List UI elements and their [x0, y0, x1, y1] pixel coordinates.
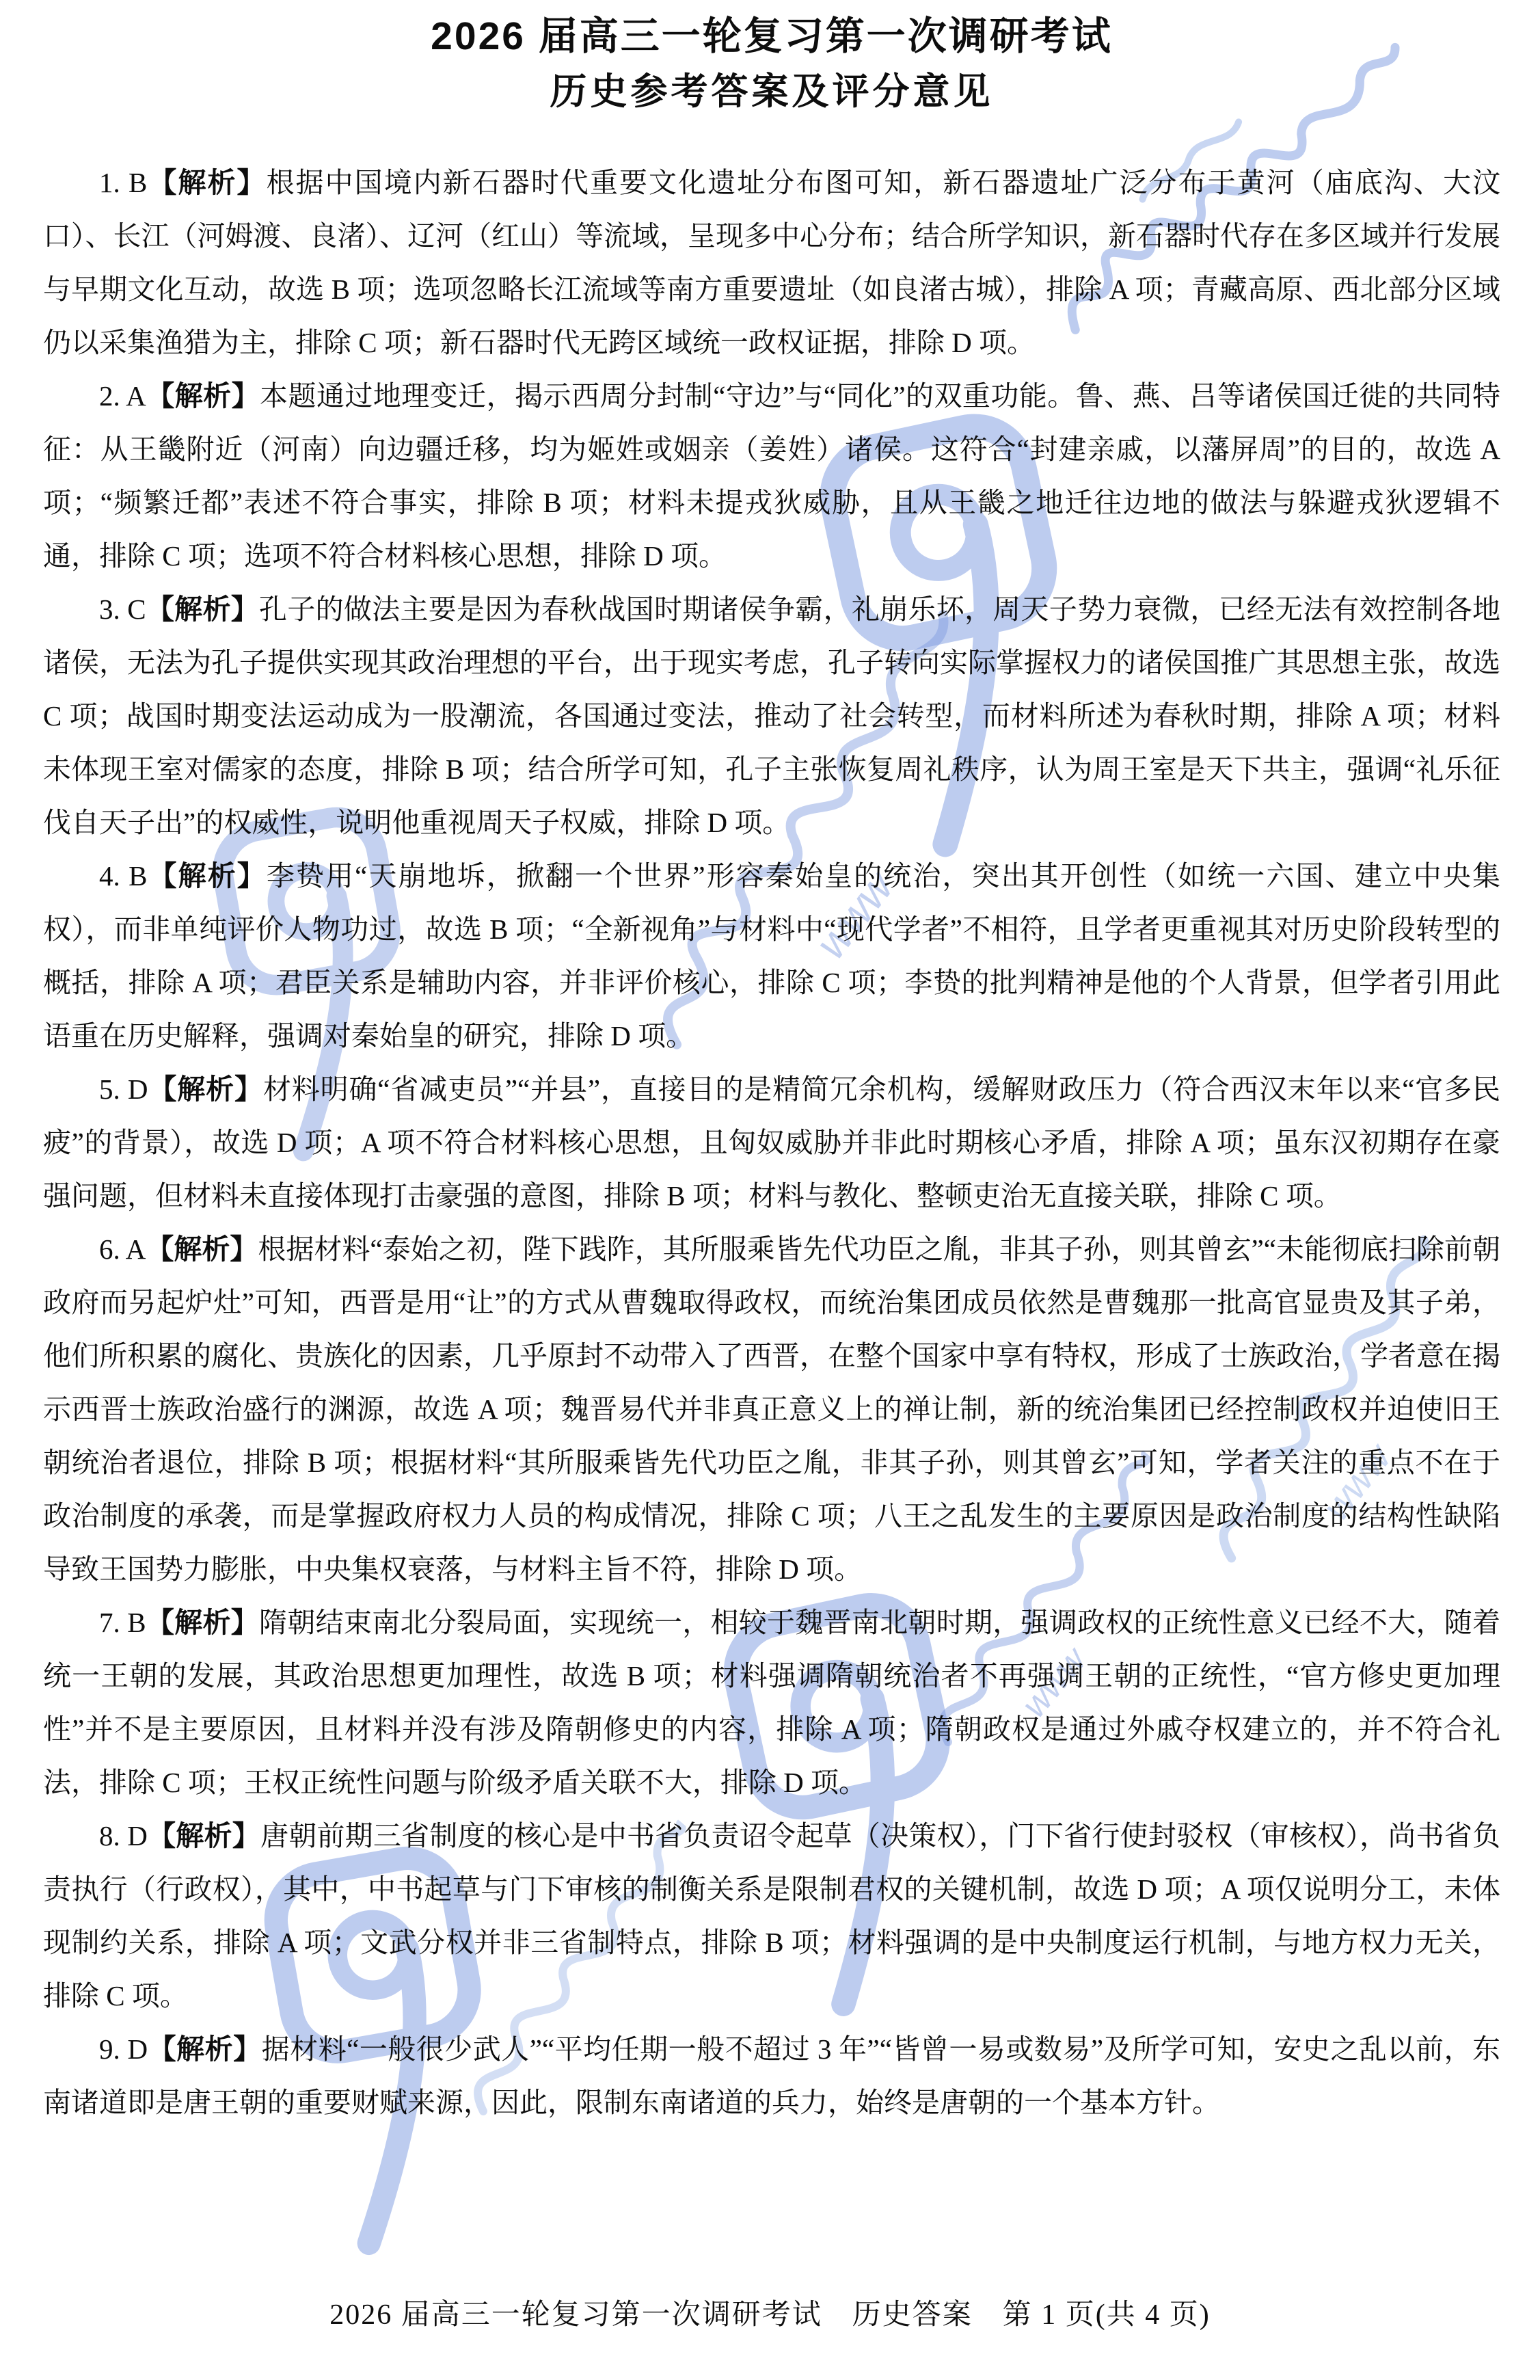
- answer-text: 据材料“一般很少武人”“平均任期一般不超过 3 年”“皆曾一易或数易”及所学可知…: [43, 2033, 1500, 2118]
- answer-number: 7. B: [99, 1607, 146, 1638]
- answer-text: 本题通过地理变迁，揭示西周分封制“守边”与“同化”的双重功能。鲁、燕、吕等诸侯国…: [43, 380, 1500, 572]
- analysis-label: 【解析】: [148, 2033, 261, 2065]
- analysis-label: 【解析】: [148, 1820, 260, 1851]
- answer-paragraph-2: 2. A【解析】本题通过地理变迁，揭示西周分封制“守边”与“同化”的双重功能。鲁…: [43, 369, 1500, 583]
- analysis-label: 【解析】: [146, 380, 260, 412]
- analysis-label: 【解析】: [146, 1233, 258, 1265]
- answer-sheet-page: 2026 届高三一轮复习第一次调研考试 历史参考答案及评分意见 1. B【解析】…: [0, 0, 1540, 2129]
- answer-text: 根据材料“泰始之初，陛下践阼，其所服乘皆先代功臣之胤，非其子孙，则其曾玄”“未能…: [43, 1233, 1500, 1585]
- answer-paragraph-8: 8. D【解析】唐朝前期三省制度的核心是中书省负责诏令起草（决策权），门下省行使…: [43, 1809, 1500, 2022]
- answer-paragraph-7: 7. B【解析】隋朝结束南北分裂局面，实现统一，相较于魏晋南北朝时期，强调政权的…: [43, 1596, 1500, 1809]
- answer-number: 8. D: [99, 1820, 148, 1851]
- answer-paragraph-9: 9. D【解析】据材料“一般很少武人”“平均任期一般不超过 3 年”“皆曾一易或…: [43, 2022, 1500, 2129]
- answer-text: 孔子的做法主要是因为春秋战国时期诸侯争霸，礼崩乐坏，周天子势力衰微，已经无法有效…: [43, 593, 1500, 838]
- answer-text: 隋朝结束南北分裂局面，实现统一，相较于魏晋南北朝时期，强调政权的正统性意义已经不…: [43, 1607, 1500, 1798]
- answer-text: 唐朝前期三省制度的核心是中书省负责诏令起草（决策权），门下省行使封驳权（审核权）…: [43, 1820, 1500, 2011]
- answer-paragraph-1: 1. B【解析】根据中国境内新石器时代重要文化遗址分布图可知，新石器遗址广泛分布…: [43, 156, 1500, 369]
- answer-number: 1. B: [99, 167, 147, 198]
- answer-number: 5. D: [99, 1073, 148, 1105]
- answers-section: 1. B【解析】根据中国境内新石器时代重要文化遗址分布图可知，新石器遗址广泛分布…: [43, 156, 1500, 2129]
- answer-number: 9. D: [99, 2033, 148, 2065]
- answer-paragraph-4: 4. B【解析】李贽用“天崩地坼，掀翻一个世界”形容秦始皇的统治，突出其开创性（…: [43, 849, 1500, 1062]
- answer-number: 3. C: [99, 593, 146, 625]
- answer-paragraph-3: 3. C【解析】孔子的做法主要是因为春秋战国时期诸侯争霸，礼崩乐坏，周天子势力衰…: [43, 583, 1500, 849]
- analysis-label: 【解析】: [146, 593, 259, 625]
- page-footer: 2026 届高三一轮复习第一次调研考试 历史答案 第 1 页(共 4 页): [0, 2295, 1540, 2336]
- analysis-label: 【解析】: [147, 860, 266, 892]
- analysis-label: 【解析】: [146, 1607, 259, 1638]
- page-subtitle: 历史参考答案及评分意见: [43, 67, 1500, 116]
- page-title: 2026 届高三一轮复习第一次调研考试: [43, 11, 1500, 62]
- analysis-label: 【解析】: [148, 1073, 262, 1105]
- answer-number: 6. A: [99, 1233, 146, 1265]
- answer-number: 4. B: [99, 860, 147, 892]
- analysis-label: 【解析】: [147, 167, 266, 198]
- answer-number: 2. A: [99, 380, 146, 412]
- answer-paragraph-6: 6. A【解析】根据材料“泰始之初，陛下践阼，其所服乘皆先代功臣之胤，非其子孙，…: [43, 1222, 1500, 1596]
- answer-paragraph-5: 5. D【解析】材料明确“省减吏员”“并县”，直接目的是精简冗余机构，缓解财政压…: [43, 1062, 1500, 1222]
